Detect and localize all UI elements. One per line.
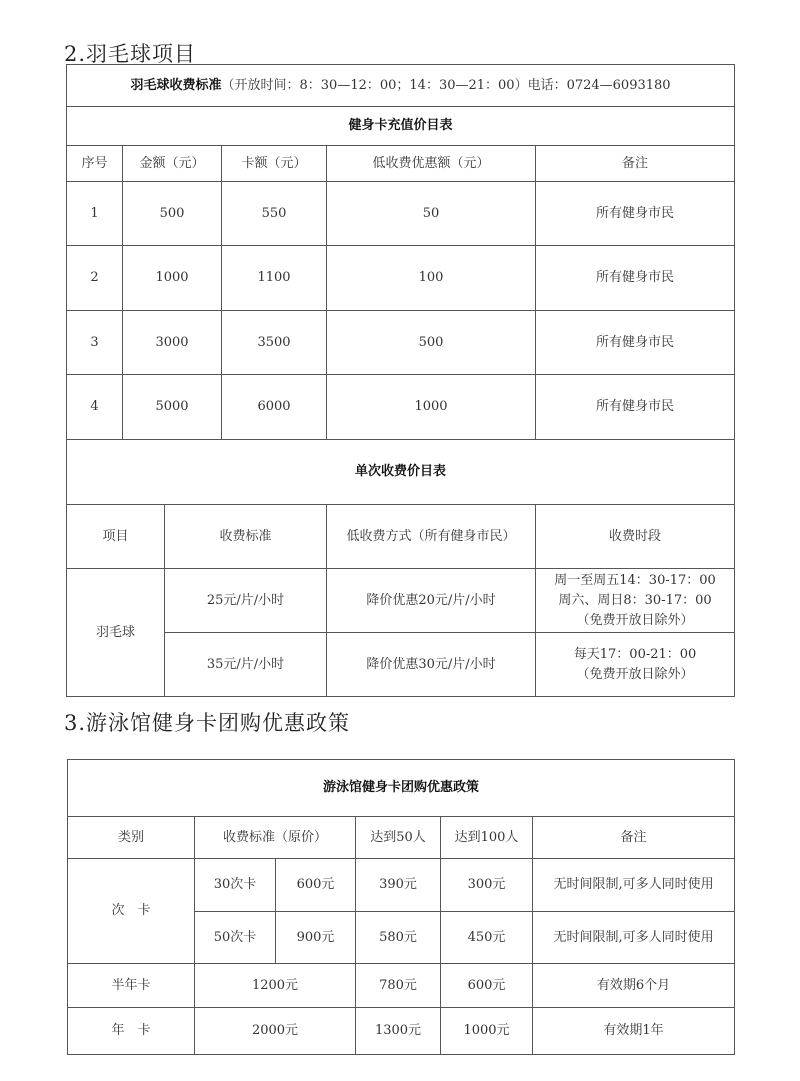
header-cell: 序号 [67, 146, 123, 182]
badminton-title-cell: 羽毛球收费标准（开放时间：8：30—12：00；14：30—21：00）电话：0… [67, 65, 735, 107]
cell: 900元 [276, 912, 356, 964]
period-cell: 每天17：00-21：00 （免费开放日除外） [536, 633, 735, 697]
header-cell: 收费时段 [536, 505, 735, 569]
cell: 有效期1年 [533, 1008, 735, 1055]
cell: 所有健身市民 [536, 375, 735, 440]
header-cell: 项目 [67, 505, 165, 569]
header-cell: 备注 [536, 146, 735, 182]
period-line: （免费开放日除外） [536, 611, 734, 631]
cell: 35元/片/小时 [165, 633, 327, 697]
table-row: 次 卡 30次卡 600元 390元 300元 无时间限制,可多人同时使用 [68, 859, 735, 912]
header-cell: 卡额（元） [222, 146, 327, 182]
single-table-title: 单次收费价目表 [67, 440, 735, 505]
cell: 50 [327, 182, 536, 246]
category-cell: 年 卡 [68, 1008, 195, 1055]
cell: 580元 [356, 912, 441, 964]
cell: 所有健身市民 [536, 246, 735, 311]
period-line: 周六、周日8：30-17：00 [536, 591, 734, 611]
swimming-table-title: 游泳馆健身卡团购优惠政策 [68, 760, 735, 817]
header-cell: 收费标准（原价） [195, 817, 356, 859]
cell: 1000 [327, 375, 536, 440]
category-cell: 半年卡 [68, 964, 195, 1008]
cell: 2 [67, 246, 123, 311]
cell: 所有健身市民 [536, 182, 735, 246]
cell: 30次卡 [195, 859, 276, 912]
section-3-heading: 3.游泳馆健身卡团购优惠政策 [64, 707, 350, 737]
cell: 无时间限制,可多人同时使用 [533, 912, 735, 964]
cell: 无时间限制,可多人同时使用 [533, 859, 735, 912]
badminton-hours-phone: （开放时间：8：30—12：00；14：30—21：00）电话：0724—609… [222, 78, 671, 93]
cell: 3000 [123, 311, 222, 375]
header-cell: 低收费优惠额（元） [327, 146, 536, 182]
item-cell: 羽毛球 [67, 569, 165, 697]
category-cell: 次 卡 [68, 859, 195, 964]
header-cell: 备注 [533, 817, 735, 859]
header-cell: 金额（元） [123, 146, 222, 182]
badminton-title: 羽毛球收费标准 [131, 78, 222, 93]
header-cell: 低收费方式（所有健身市民） [327, 505, 536, 569]
header-cell: 达到100人 [441, 817, 533, 859]
swimming-header-row: 类别 收费标准（原价） 达到50人 达到100人 备注 [68, 817, 735, 859]
cell: 1200元 [195, 964, 356, 1008]
period-cell: 周一至周五14：30-17：00 周六、周日8：30-17：00 （免费开放日除… [536, 569, 735, 633]
cell: 1100 [222, 246, 327, 311]
table-row: 羽毛球 25元/片/小时 降价优惠20元/片/小时 周一至周五14：30-17：… [67, 569, 735, 633]
cell: 4 [67, 375, 123, 440]
cell: 1 [67, 182, 123, 246]
cell: 所有健身市民 [536, 311, 735, 375]
card-table-title: 健身卡充值价目表 [67, 107, 735, 146]
header-cell: 达到50人 [356, 817, 441, 859]
cell: 500 [327, 311, 536, 375]
header-cell: 类别 [68, 817, 195, 859]
cell: 3 [67, 311, 123, 375]
cell: 5000 [123, 375, 222, 440]
table-row: 年 卡 2000元 1300元 1000元 有效期1年 [68, 1008, 735, 1055]
cell: 450元 [441, 912, 533, 964]
table-row: 半年卡 1200元 780元 600元 有效期6个月 [68, 964, 735, 1008]
cell: 550 [222, 182, 327, 246]
table-row: 4 5000 6000 1000 所有健身市民 [67, 375, 735, 440]
badminton-table: 羽毛球收费标准（开放时间：8：30—12：00；14：30—21：00）电话：0… [66, 64, 735, 697]
header-cell: 收费标准 [165, 505, 327, 569]
cell: 1000 [123, 246, 222, 311]
cell: 有效期6个月 [533, 964, 735, 1008]
cell: 1000元 [441, 1008, 533, 1055]
cell: 100 [327, 246, 536, 311]
cell: 1300元 [356, 1008, 441, 1055]
cell: 780元 [356, 964, 441, 1008]
period-line: 每天17：00-21：00 [536, 645, 734, 665]
cell: 6000 [222, 375, 327, 440]
cell: 50次卡 [195, 912, 276, 964]
cell: 600元 [441, 964, 533, 1008]
cell: 降价优惠30元/片/小时 [327, 633, 536, 697]
cell: 500 [123, 182, 222, 246]
swimming-group-table: 游泳馆健身卡团购优惠政策 类别 收费标准（原价） 达到50人 达到100人 备注… [67, 759, 735, 1055]
single-table-header-row: 项目 收费标准 低收费方式（所有健身市民） 收费时段 [67, 505, 735, 569]
cell: 2000元 [195, 1008, 356, 1055]
period-line: 周一至周五14：30-17：00 [536, 571, 734, 591]
cell: 降价优惠20元/片/小时 [327, 569, 536, 633]
table-row: 35元/片/小时 降价优惠30元/片/小时 每天17：00-21：00 （免费开… [67, 633, 735, 697]
cell: 600元 [276, 859, 356, 912]
card-table-header-row: 序号 金额（元） 卡额（元） 低收费优惠额（元） 备注 [67, 146, 735, 182]
period-line: （免费开放日除外） [536, 665, 734, 685]
cell: 3500 [222, 311, 327, 375]
cell: 25元/片/小时 [165, 569, 327, 633]
table-row: 3 3000 3500 500 所有健身市民 [67, 311, 735, 375]
cell: 390元 [356, 859, 441, 912]
cell: 300元 [441, 859, 533, 912]
table-row: 2 1000 1100 100 所有健身市民 [67, 246, 735, 311]
table-row: 1 500 550 50 所有健身市民 [67, 182, 735, 246]
